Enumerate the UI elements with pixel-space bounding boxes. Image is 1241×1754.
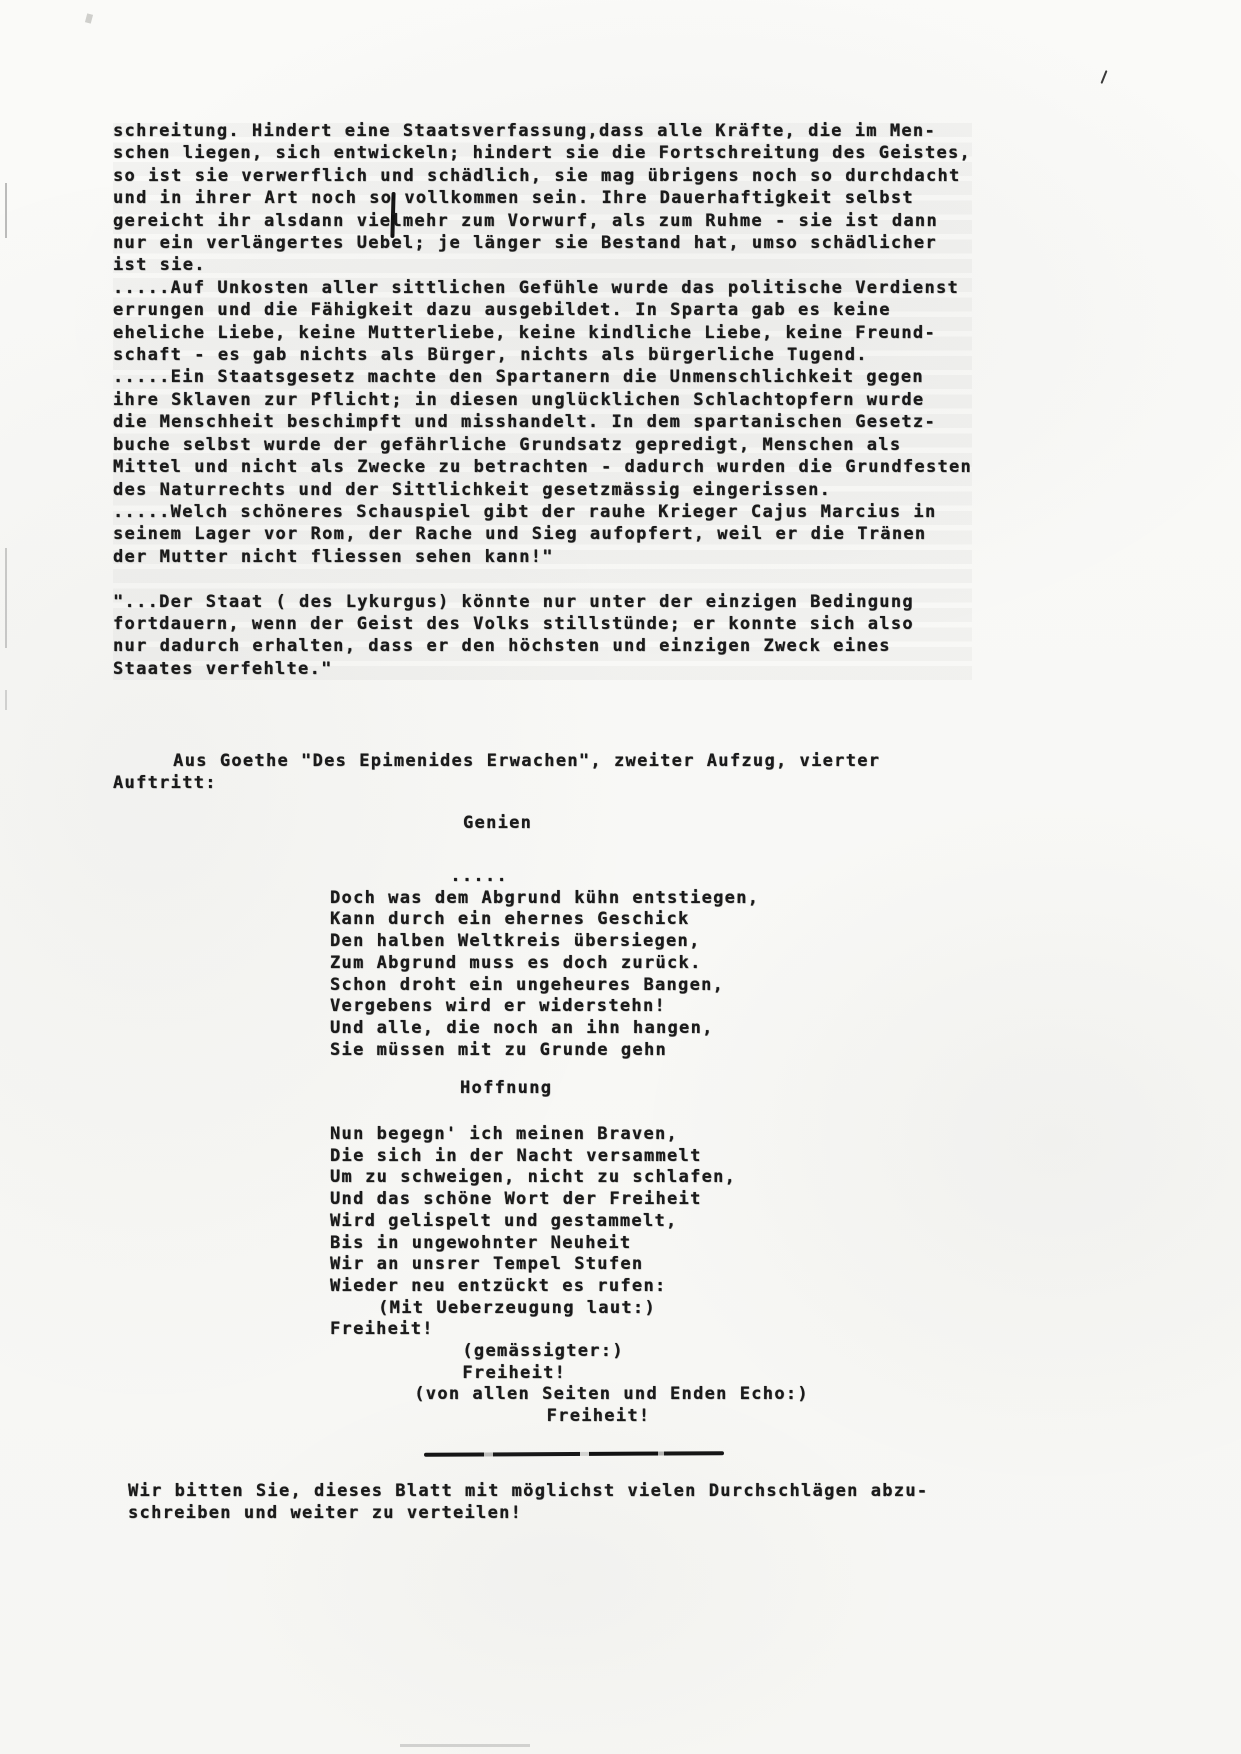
ink-tick-mark [1100, 70, 1107, 84]
left-margin-scan-mark [5, 183, 7, 238]
poem-heading-hoffnung: Hoffnung [460, 1077, 552, 1099]
poem-heading-genien: Genien [463, 812, 532, 834]
scanned-leaflet-page: schreitung. Hindert eine Staatsverfassun… [0, 0, 1241, 1754]
distribution-request-note: Wir bitten Sie, dieses Blatt mit möglich… [128, 1480, 928, 1525]
leaflet-body-text: schreitung. Hindert eine Staatsverfassun… [113, 120, 972, 680]
goethe-source-line: Aus Goethe "Des Epimenides Erwachen", zw… [113, 750, 880, 795]
bottom-edge-scan-streak [400, 1744, 530, 1747]
poem-genien-stanza: ..... Doch was dem Abgrund kühn entstieg… [330, 866, 759, 1061]
hand-drawn-divider-line [424, 1451, 724, 1457]
poem-hoffnung-stanza: Nun begegn' ich meinen Braven, Die sich … [330, 1124, 809, 1428]
left-margin-scan-mark [5, 690, 7, 710]
left-margin-scan-mark [5, 548, 7, 648]
scan-speck [85, 13, 93, 23]
